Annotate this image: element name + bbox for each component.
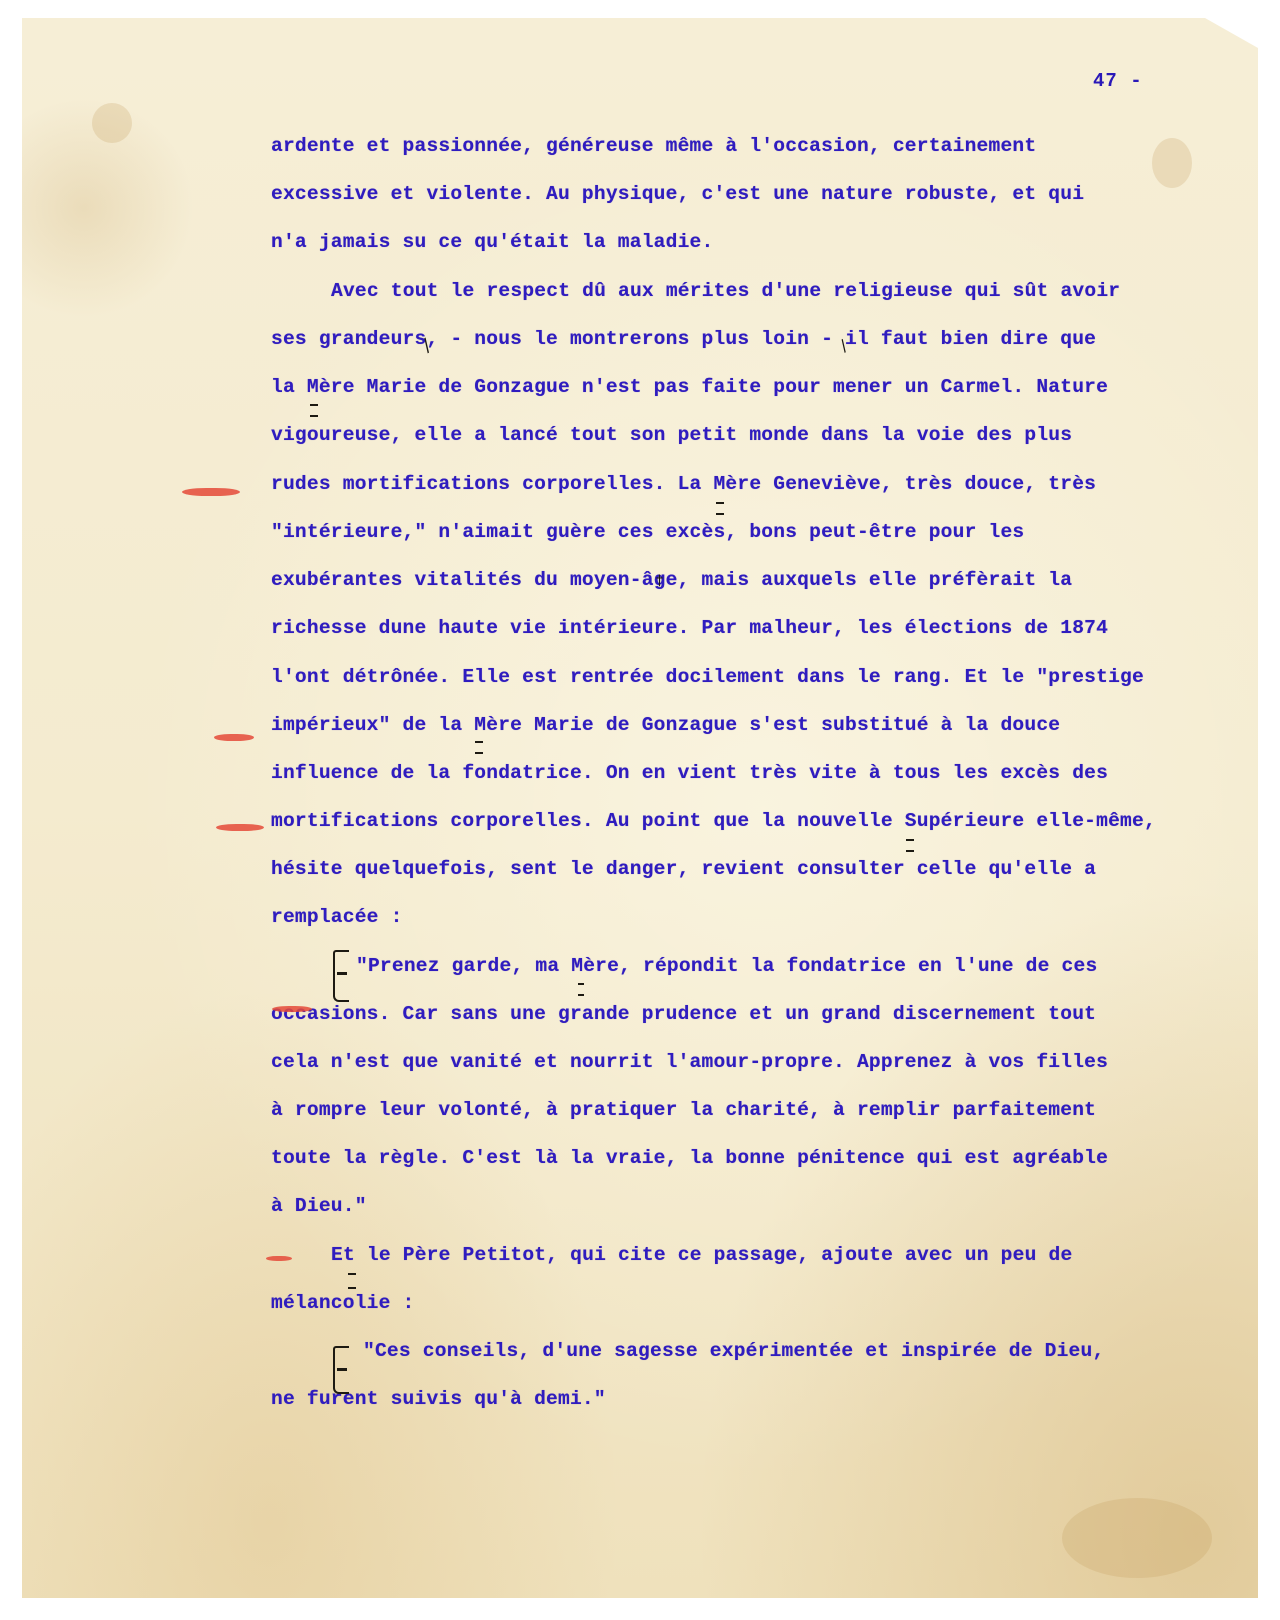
insertion-mark-icon: † [656, 574, 663, 588]
page-number: 47 - [1093, 70, 1143, 92]
red-pencil-margin-mark [214, 734, 254, 741]
quote-start-line: "Ces conseils, d'une sagesse expérimenté… [363, 1340, 1104, 1362]
red-pencil-margin-mark [216, 824, 264, 831]
red-pencil-margin-mark [182, 488, 240, 496]
text-line: ardente et passionnée, généreuse même à … [271, 135, 1036, 157]
text-line: rudes mortifications corporelles. La Mèr… [271, 473, 1096, 495]
text-line: vigoureuse, elle a lancé tout son petit … [271, 424, 1072, 446]
text-line: mortifications corporelles. Au point que… [271, 810, 1156, 832]
paragraph-start-line: Avec tout le respect dû aux mérites d'un… [331, 280, 1120, 302]
text-line: excessive et violente. Au physique, c'es… [271, 183, 1084, 205]
quote-line: à Dieu." [271, 1195, 367, 1217]
text-line: la Mère Marie de Gonzague n'est pas fait… [271, 376, 1108, 398]
capitalization-mark-icon [906, 839, 914, 852]
text-line: richesse dune haute vie intérieure. Par … [271, 617, 1108, 639]
capitalization-mark-icon [578, 983, 584, 996]
quote-line: ne furent suivis qu'à demi." [271, 1388, 606, 1410]
quote-start-line: "Prenez garde, ma Mère, répondit la fond… [356, 955, 1097, 977]
text-line: "intérieure," n'aimait guère ces excès, … [271, 521, 1024, 543]
paper-stain [1152, 138, 1192, 188]
handwritten-bracket-icon [333, 950, 349, 1002]
handwritten-bracket-icon [333, 1346, 349, 1394]
capitalization-mark-icon [348, 1273, 356, 1289]
text-line: influence de la fondatrice. On en vient … [271, 762, 1108, 784]
text-line: n'a jamais su ce qu'était la maladie. [271, 231, 713, 253]
quote-line: cela n'est que vanité et nourrit l'amour… [271, 1051, 1108, 1073]
text-line: hésite quelquefois, sent le danger, revi… [271, 858, 1096, 880]
red-pencil-margin-mark [266, 1256, 292, 1261]
red-pencil-margin-mark [272, 1006, 312, 1012]
text-line: exubérantes vitalités du moyen-âge, mais… [271, 569, 1072, 591]
capitalization-mark-icon [310, 404, 318, 417]
text-line: mélancolie : [271, 1292, 415, 1314]
quote-line: occasions. Car sans une grande prudence … [271, 1003, 1096, 1025]
text-line: remplacée : [271, 906, 403, 928]
paper-stain [1062, 1498, 1212, 1578]
quote-line: à rompre leur volonté, à pratiquer la ch… [271, 1099, 1096, 1121]
text-line: l'ont détrônée. Elle est rentrée docilem… [271, 666, 1144, 688]
capitalization-mark-icon [475, 741, 483, 754]
paper-stain [92, 103, 132, 143]
text-line: impérieux" de la Mère Marie de Gonzague … [271, 714, 1060, 736]
quote-line: toute la règle. C'est là la vraie, la bo… [271, 1147, 1108, 1169]
text-line: ses grandeurs, - nous le montrerons plus… [271, 328, 1096, 350]
paragraph-start-line: Et le Père Petitot, qui cite ce passage,… [331, 1244, 1072, 1266]
capitalization-mark-icon [716, 502, 724, 515]
